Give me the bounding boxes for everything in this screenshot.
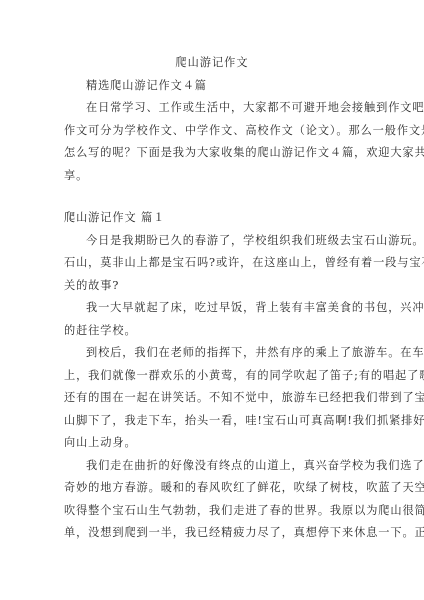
document-title: 爬山游记作文 (0, 56, 424, 70)
intro-line: 怎么写的呢？下面是我为大家收集的爬山游记作文４篇，欢迎大家共 (64, 146, 362, 160)
paragraph-line: 石山，莫非山上都是宝石吗?或许，在这座山上，曾经有着一段与宝石相 (64, 256, 362, 270)
intro-heading: 精选爬山游记作文４篇 (86, 79, 362, 93)
section-heading: 爬山游记作文 篇１ (64, 211, 362, 225)
paragraph-line: 上，我们就像一群欢乐的小黄莺，有的同学吹起了笛子;有的唱起了歌; (64, 369, 362, 383)
paragraph-line: 到校后，我们在老师的指挥下，井然有序的乘上了旅游车。在车 (86, 346, 362, 360)
paragraph-line: 的赶往学校。 (64, 324, 362, 338)
intro-line: 享。 (64, 169, 362, 183)
paragraph-line: 吹得整个宝石山生气勃勃，我们走进了春的世界。我原以为爬山很简 (64, 504, 362, 518)
paragraph-line: 山脚下了，我走下车，抬头一看，哇!宝石山可真高啊!我们抓紧排好队 (64, 414, 362, 428)
intro-line: 在日常学习、工作或生活中，大家都不可避开地会接触到作文吧， (86, 101, 362, 115)
paragraph-line: 我们走在曲折的好像没有终点的山道上，真兴奋学校为我们选了个 (86, 459, 362, 473)
paragraph-line: 我一大早就起了床，吃过早饭，背上装有丰富美食的书包，兴冲冲 (86, 301, 362, 315)
paragraph-line: 还有的围在一起在讲笑话。不知不觉中，旅游车已经把我们带到了宝石 (64, 391, 362, 405)
document-page: 爬山游记作文 精选爬山游记作文４篇 在日常学习、工作或生活中，大家都不可避开地会… (0, 0, 424, 600)
intro-line: 作文可分为学校作文、中学作文、高校作文（论文）。那么一般作文是 (64, 124, 362, 138)
paragraph-line: 奇妙的地方春游。暖和的春风吹红了鲜花，吹绿了树枝，吹蓝了天空， (64, 481, 362, 495)
paragraph-line: 单，没想到爬到一半，我已经精疲力尽了，真想停下来休息一下。正值 (64, 526, 362, 540)
paragraph-line: 关的故事? (64, 279, 362, 293)
paragraph-line: 向山上动身。 (64, 436, 362, 450)
paragraph-line: 今日是我期盼已久的春游了，学校组织我们班级去宝石山游玩。宝 (86, 234, 362, 248)
